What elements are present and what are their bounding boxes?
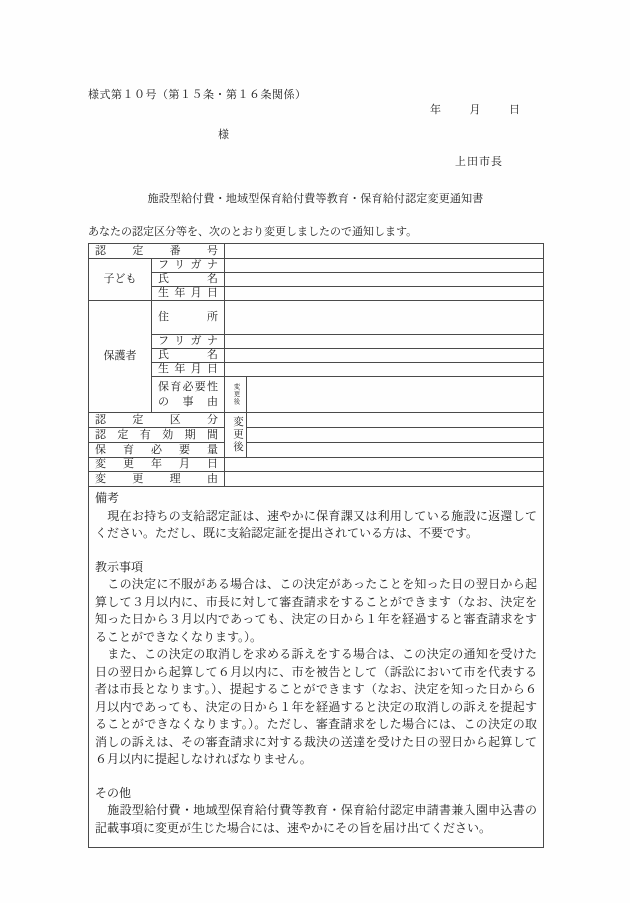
table-row: 備考 現在お持ちの支給認定証は、速やかに保育課又は利用している施設に返還してくだ… bbox=[89, 487, 544, 848]
child-birthdate-label: 生年月日 bbox=[152, 287, 225, 301]
child-furigana-value bbox=[225, 259, 544, 273]
guardian-address-value bbox=[225, 301, 544, 335]
childcare-amount-label: 保育必要量 bbox=[89, 443, 225, 458]
after-change-label: 変更後 bbox=[231, 416, 243, 454]
certification-period-value bbox=[247, 428, 544, 443]
childcare-necessity-label: 保育必要性の事由 bbox=[152, 377, 225, 413]
change-date-value bbox=[225, 458, 544, 472]
guardian-birthdate-label: 生年月日 bbox=[152, 363, 225, 377]
table-row: 変更年月日 bbox=[89, 458, 544, 472]
child-group-label: 子ども bbox=[89, 259, 152, 301]
day-label: 日 bbox=[509, 101, 520, 117]
intro-text: あなたの認定区分等を、次のとおり変更しましたので通知します。 bbox=[88, 223, 417, 239]
table-row: 子ども フリガナ bbox=[89, 259, 544, 273]
child-furigana-label: フリガナ bbox=[152, 259, 225, 273]
document-page: 様式第１０号（第１５条・第１６条関係） 年 月 日 様 上田市長 施設型給付費・… bbox=[0, 0, 630, 903]
childcare-amount-value bbox=[247, 443, 544, 458]
document-title: 施設型給付費・地域型保育給付費等教育・保育給付認定変更通知書 bbox=[88, 190, 543, 206]
table-row: 氏名 bbox=[89, 273, 544, 287]
guardian-name-label: 氏名 bbox=[152, 349, 225, 363]
after-change-small-label: 変更後 bbox=[232, 383, 240, 406]
notes-cell: 備考 現在お持ちの支給認定証は、速やかに保育課又は利用している施設に返還してくだ… bbox=[89, 487, 544, 848]
table-row: 保育必要量 bbox=[89, 443, 544, 458]
other-heading: その他 bbox=[95, 785, 537, 803]
remarks-body: 現在お持ちの支給認定証は、速やかに保育課又は利用している施設に返還してください。… bbox=[95, 508, 537, 543]
certification-category-value bbox=[247, 413, 544, 428]
guardian-furigana-value bbox=[225, 335, 544, 349]
guardian-group-label: 保護者 bbox=[89, 301, 152, 413]
month-label: 月 bbox=[470, 101, 481, 117]
change-reason-label: 変更理由 bbox=[89, 472, 225, 487]
guardian-furigana-label: フリガナ bbox=[152, 335, 225, 349]
certification-number-label: 認定番号 bbox=[89, 244, 225, 259]
table-row: 認定区分 変更後 bbox=[89, 413, 544, 428]
certification-category-label: 認定区分 bbox=[89, 413, 225, 428]
after-change-cell: 変更後 bbox=[225, 413, 247, 458]
table-row: 生年月日 bbox=[89, 287, 544, 301]
table-row: 変更理由 bbox=[89, 472, 544, 487]
issue-date-line: 年 月 日 bbox=[430, 101, 520, 117]
sender-mayor: 上田市長 bbox=[455, 153, 503, 169]
instruction-paragraph-1: この決定に不服がある場合は、この決定があったことを知った日の翌日から起算して３月… bbox=[95, 576, 537, 646]
guardian-birthdate-value bbox=[225, 363, 544, 377]
child-birthdate-value bbox=[225, 287, 544, 301]
change-date-label: 変更年月日 bbox=[89, 458, 225, 472]
table-row: 保護者 住所 bbox=[89, 301, 544, 335]
table-row: フリガナ bbox=[89, 335, 544, 349]
instruction-paragraph-2: また、この決定の取消しを求める訴えをする場合は、この決定の通知を受けた日の翌日か… bbox=[95, 646, 537, 769]
addressee-sama: 様 bbox=[218, 126, 229, 142]
guardian-address-label: 住所 bbox=[152, 301, 225, 335]
after-change-small-cell: 変更後 bbox=[225, 377, 247, 413]
table-row: 氏名 bbox=[89, 349, 544, 363]
certification-number-value bbox=[225, 244, 544, 259]
form-number: 様式第１０号（第１５条・第１６条関係） bbox=[88, 86, 307, 102]
notification-table: 認定番号 子ども フリガナ 氏名 生年月日 保護者 住所 bbox=[88, 243, 544, 848]
other-body: 施設型給付費・地域型保育給付費等教育・保育給付認定申請書兼入園申込書の記載事項に… bbox=[95, 802, 537, 837]
change-reason-value bbox=[225, 472, 544, 487]
child-name-label: 氏名 bbox=[152, 273, 225, 287]
remarks-heading: 備考 bbox=[95, 490, 537, 508]
table-row: 認定有効期間 bbox=[89, 428, 544, 443]
certification-period-label: 認定有効期間 bbox=[89, 428, 225, 443]
year-label: 年 bbox=[430, 101, 441, 117]
table-row: 保育必要性の事由 変更後 bbox=[89, 377, 544, 413]
guardian-name-value bbox=[225, 349, 544, 363]
table-row: 生年月日 bbox=[89, 363, 544, 377]
table-row: 認定番号 bbox=[89, 244, 544, 259]
child-name-value bbox=[225, 273, 544, 287]
necessity-reason-value bbox=[247, 377, 544, 413]
instruction-heading: 教示事項 bbox=[95, 559, 537, 577]
